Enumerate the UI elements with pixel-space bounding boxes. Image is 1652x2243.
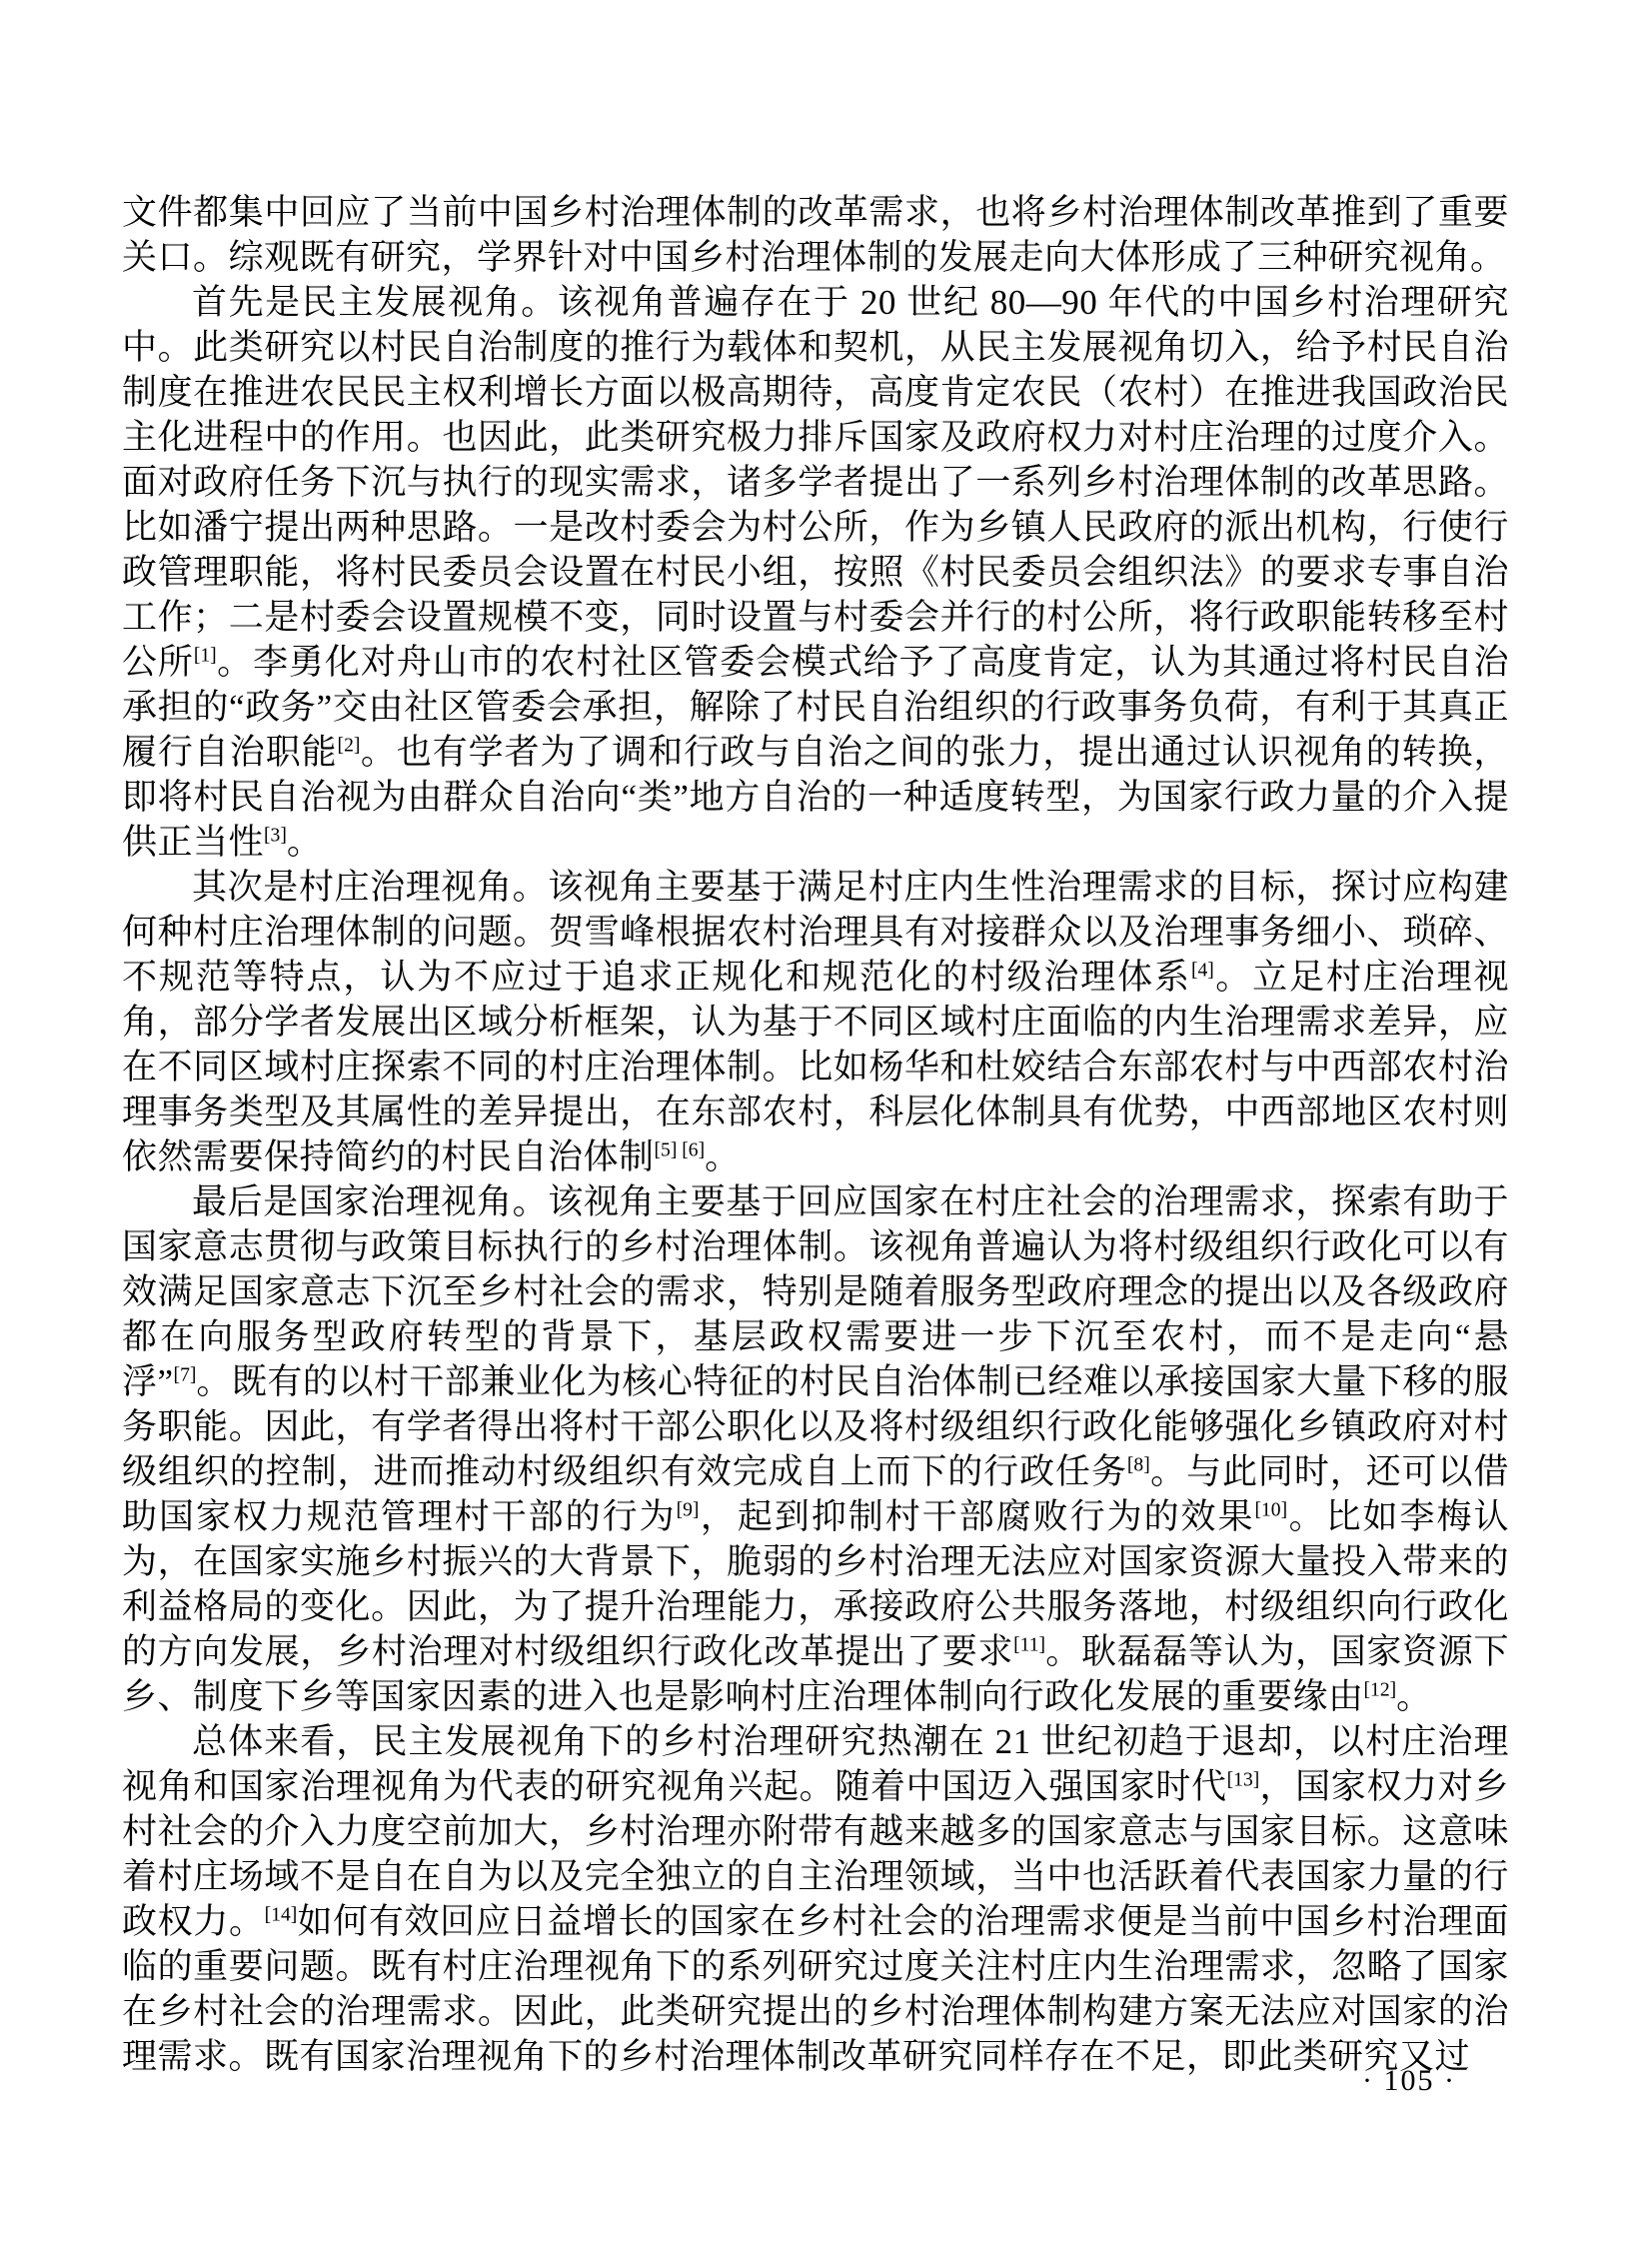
text-run: 首先是民主发展视角。该视角普遍存在于 20 世纪 80—90 年代的中国乡村治理… bbox=[122, 283, 1509, 682]
text-run: 。 bbox=[1396, 1677, 1432, 1716]
citation-ref: [5] [6] bbox=[655, 1139, 706, 1160]
citation-ref: [10] bbox=[1254, 1499, 1287, 1520]
citation-ref: [3] bbox=[264, 825, 287, 846]
paragraph: 其次是村庄治理视角。该视角主要基于满足村庄内生性治理需求的目标，探讨应构建何种村… bbox=[122, 865, 1509, 1179]
text-run: 。 bbox=[287, 823, 323, 862]
paragraph: 文件都集中回应了当前中国乡村治理体制的改革需求，也将乡村治理体制改革推到了重要关… bbox=[122, 190, 1509, 280]
citation-ref: [12] bbox=[1364, 1679, 1397, 1700]
paragraph: 最后是国家治理视角。该视角主要基于回应国家在村庄社会的治理需求，探索有助于国家意… bbox=[122, 1179, 1509, 1719]
citation-ref: [4] bbox=[1191, 960, 1214, 981]
citation-ref: [2] bbox=[338, 735, 361, 756]
document-page: 文件都集中回应了当前中国乡村治理体制的改革需求，也将乡村治理体制改革推到了重要关… bbox=[0, 0, 1652, 2243]
page-number: · 105 · bbox=[1362, 2063, 1456, 2099]
citation-ref: [13] bbox=[1227, 1769, 1260, 1790]
text-run: 文件都集中回应了当前中国乡村治理体制的改革需求，也将乡村治理体制改革推到了重要关… bbox=[122, 193, 1509, 277]
text-run: 如何有效回应日益增长的国家在乡村社会的治理需求便是当前中国乡村治理面临的重要问题… bbox=[122, 1902, 1509, 2076]
text-run: ，起到抑制村干部腐败行为的效果 bbox=[699, 1497, 1254, 1536]
citation-ref: [7] bbox=[174, 1364, 197, 1385]
citation-ref: [14] bbox=[265, 1904, 298, 1925]
citation-ref: [8] bbox=[1127, 1454, 1150, 1475]
citation-ref: [1] bbox=[194, 645, 217, 666]
citation-ref: [11] bbox=[1013, 1634, 1045, 1655]
paragraph: 总体来看，民主发展视角下的乡村治理研究热潮在 21 世纪初趋于退却，以村庄治理视… bbox=[122, 1719, 1509, 2079]
citation-ref: [9] bbox=[677, 1499, 700, 1520]
article-body: 文件都集中回应了当前中国乡村治理体制的改革需求，也将乡村治理体制改革推到了重要关… bbox=[122, 190, 1509, 2079]
paragraph: 首先是民主发展视角。该视角普遍存在于 20 世纪 80—90 年代的中国乡村治理… bbox=[122, 280, 1509, 865]
text-run: 。 bbox=[705, 1137, 741, 1176]
